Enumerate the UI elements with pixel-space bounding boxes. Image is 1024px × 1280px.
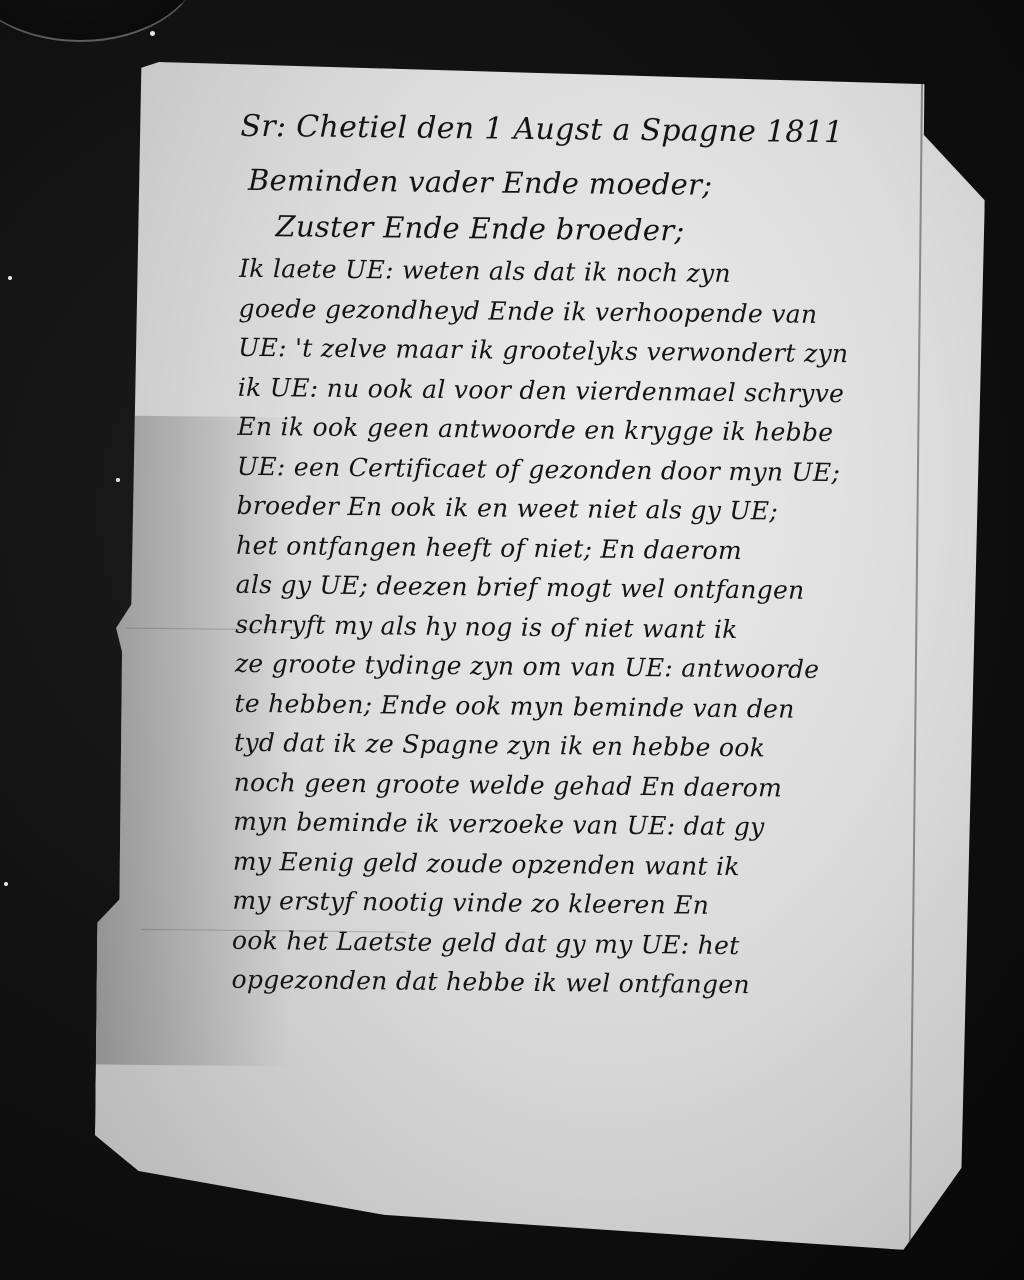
- letter-text: Sr: Chetiel den 1 Augst a Spagne 1811 Be…: [231, 97, 910, 1006]
- body-line: schryft my als hy nog is of niet want ik: [235, 604, 905, 651]
- body-line: myn beminde ik verzoeke van UE: dat gy: [233, 802, 903, 849]
- body-line: UE: 't zelve maar ik grootelyks verwonde…: [238, 328, 908, 375]
- dust-speck: [116, 478, 120, 482]
- body-line: tyd dat ik ze Spagne zyn ik en hebbe ook: [234, 723, 904, 770]
- photo-scene: Sr: Chetiel den 1 Augst a Spagne 1811 Be…: [0, 0, 1024, 1280]
- body-line: broeder En ook ik en weet niet als gy UE…: [236, 486, 906, 533]
- dust-speck: [150, 31, 155, 36]
- letter-heading: Sr: Chetiel den 1 Augst a Spagne 1811: [240, 97, 911, 164]
- paper-fold-line: [909, 70, 923, 1250]
- body-line: my Eenig geld zoude opzenden want ik: [233, 841, 903, 888]
- body-line: als gy UE; deezen brief mogt wel ontfang…: [236, 565, 906, 612]
- salutation-line: Zuster Ende Ende broeder;: [239, 203, 909, 256]
- body-line: ik UE: nu ook al voor den vierdenmael sc…: [238, 367, 908, 414]
- dust-speck: [8, 276, 12, 280]
- lens-reflection: [0, 0, 201, 42]
- body-line: ook het Laetste geld dat gy my UE: het: [232, 920, 902, 967]
- body-line: noch geen groote welde gehad En daerom: [233, 762, 903, 809]
- body-line: my erstyf nootig vinde zo kleeren En: [232, 881, 902, 928]
- body-line: En ik ook geen antwoorde en krygge ik he…: [237, 407, 907, 454]
- body-line: UE: een Certificaet of gezonden door myn…: [237, 446, 907, 493]
- salutation-line: Beminden vader Ende moeder;: [240, 157, 910, 210]
- body-line: ze groote tydinge zyn om van UE: antwoor…: [235, 644, 905, 691]
- letter-paper: Sr: Chetiel den 1 Augst a Spagne 1811 Be…: [94, 61, 986, 1250]
- body-line: opgezonden dat hebbe ik wel ontfangen: [231, 960, 901, 1007]
- body-line: het ontfangen heeft of niet; En daerom: [236, 525, 906, 572]
- body-line: te hebben; Ende ook myn beminde van den: [234, 683, 904, 730]
- dust-speck: [4, 882, 8, 886]
- body-line: goede gezondheyd Ende ik verhoopende van: [238, 288, 908, 335]
- body-line: Ik laete UE: weten als dat ik noch zyn: [239, 249, 909, 296]
